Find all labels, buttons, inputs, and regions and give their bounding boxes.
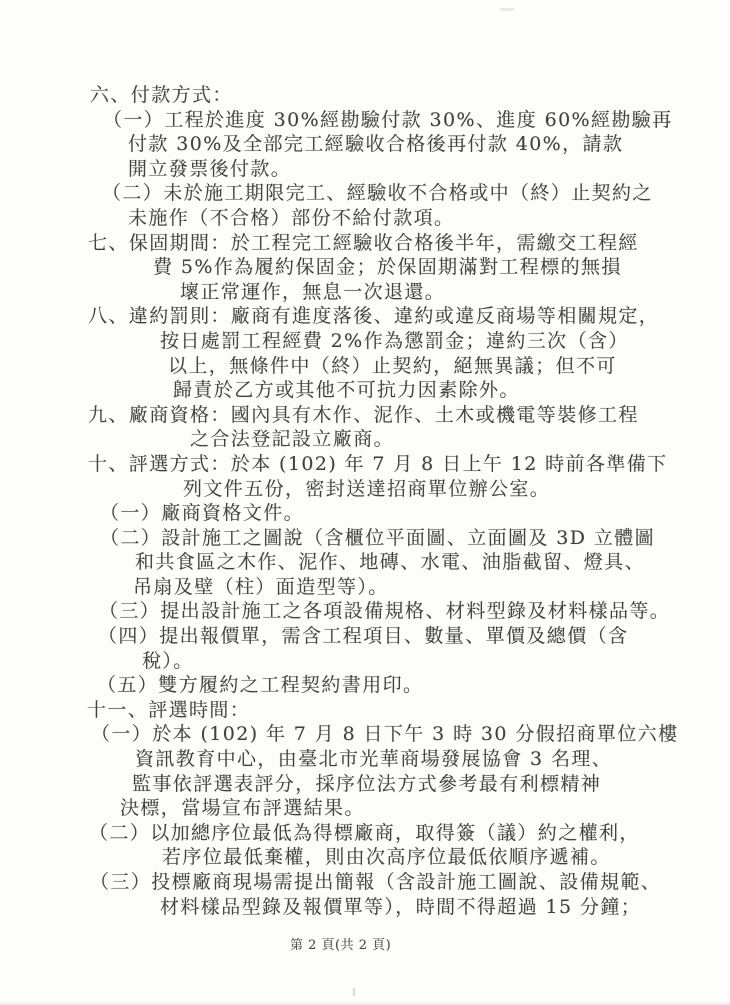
document-line: （五）雙方履約之工程契約書用印。: [0, 673, 730, 698]
document-line: 十一、評選時間：: [0, 698, 730, 723]
document-line: 費 5%作為履約保固金；於保固期滿對工程標的無損: [0, 255, 730, 280]
document-line: 和共食區之木作、泥作、地磚、水電、油脂截留、燈具、: [0, 550, 730, 575]
document-line: 材料樣品型錄及報價單等），時間不得超過 15 分鐘；: [0, 895, 730, 920]
scan-artifact-bottom: [353, 988, 355, 996]
document-line: 未施作（不合格）部份不給付款項。: [0, 206, 730, 231]
document-line: 列文件五份，密封送達招商單位辦公室。: [0, 477, 730, 502]
scan-edge-shadow: [0, 1001, 730, 1005]
document-line: （一）工程於進度 30%經勘驗付款 30%、進度 60%經勘驗再: [0, 108, 730, 133]
document-line: 開立發票後付款。: [0, 157, 730, 182]
scan-artifact-top: [500, 8, 514, 11]
document-line: 壞正常運作，無息一次退還。: [0, 280, 730, 305]
document-line: 以上，無條件中（終）止契約，絕無異議；但不可: [0, 354, 730, 379]
document-line: 付款 30%及全部完工經驗收合格後再付款 40%，請款: [0, 132, 730, 157]
document-line: 六、付款方式：: [0, 83, 730, 108]
page-footer: 第 2 頁(共 2 頁): [290, 934, 391, 953]
document-line: 歸責於乙方或其他不可抗力因素除外。: [0, 378, 730, 403]
document-line: （三）投標廠商現場需提出簡報（含設計施工圖說、設備規範、: [0, 870, 730, 895]
document-line: （一）廠商資格文件。: [0, 501, 730, 526]
document-line: （三）提出設計施工之各項設備規格、材料型錄及材料樣品等。: [0, 599, 730, 624]
document-line: （一）於本 (102) 年 7 月 8 日下午 3 時 30 分假招商單位六樓: [0, 722, 730, 747]
document-line: 監事依評選表評分，採序位法方式參考最有利標精神: [0, 772, 730, 797]
document-line: 七、保固期間：於工程完工經驗收合格後半年，需繳交工程經: [0, 231, 730, 256]
document-line: （二）以加總序位最低為得標廠商，取得簽（議）約之權利，: [0, 821, 730, 846]
document-line: （二）設計施工之圖說（含櫃位平面圖、立面圖及 3D 立體圖: [0, 526, 730, 551]
document-line: 吊扇及壁（柱）面造型等）。: [0, 575, 730, 600]
document-line: 之合法登記設立廠商。: [0, 427, 730, 452]
document-line: （二）未於施工期限完工、經驗收不合格或中（終）止契約之: [0, 181, 730, 206]
document-line: 稅）。: [0, 649, 730, 674]
document-body: 六、付款方式：（一）工程於進度 30%經勘驗付款 30%、進度 60%經勘驗再付…: [0, 83, 730, 919]
document-line: （四）提出報價單，需含工程項目、數量、單價及總價（含: [0, 624, 730, 649]
document-line: 決標，當場宣布評選結果。: [0, 796, 730, 821]
scanned-page: 六、付款方式：（一）工程於進度 30%經勘驗付款 30%、進度 60%經勘驗再付…: [0, 0, 730, 1005]
document-line: 十、評選方式：於本 (102) 年 7 月 8 日上午 12 時前各準備下: [0, 452, 730, 477]
document-line: 八、違約罰則：廠商有進度落後、違約或違反商場等相關規定，: [0, 304, 730, 329]
document-line: 若序位最低棄權，則由次高序位最低依順序遞補。: [0, 845, 730, 870]
document-line: 資訊教育中心，由臺北市光華商場發展協會 3 名理、: [0, 747, 730, 772]
document-line: 九、廠商資格：國內具有木作、泥作、土木或機電等裝修工程: [0, 403, 730, 428]
document-line: 按日處罰工程經費 2%作為懲罰金；違約三次（含）: [0, 329, 730, 354]
